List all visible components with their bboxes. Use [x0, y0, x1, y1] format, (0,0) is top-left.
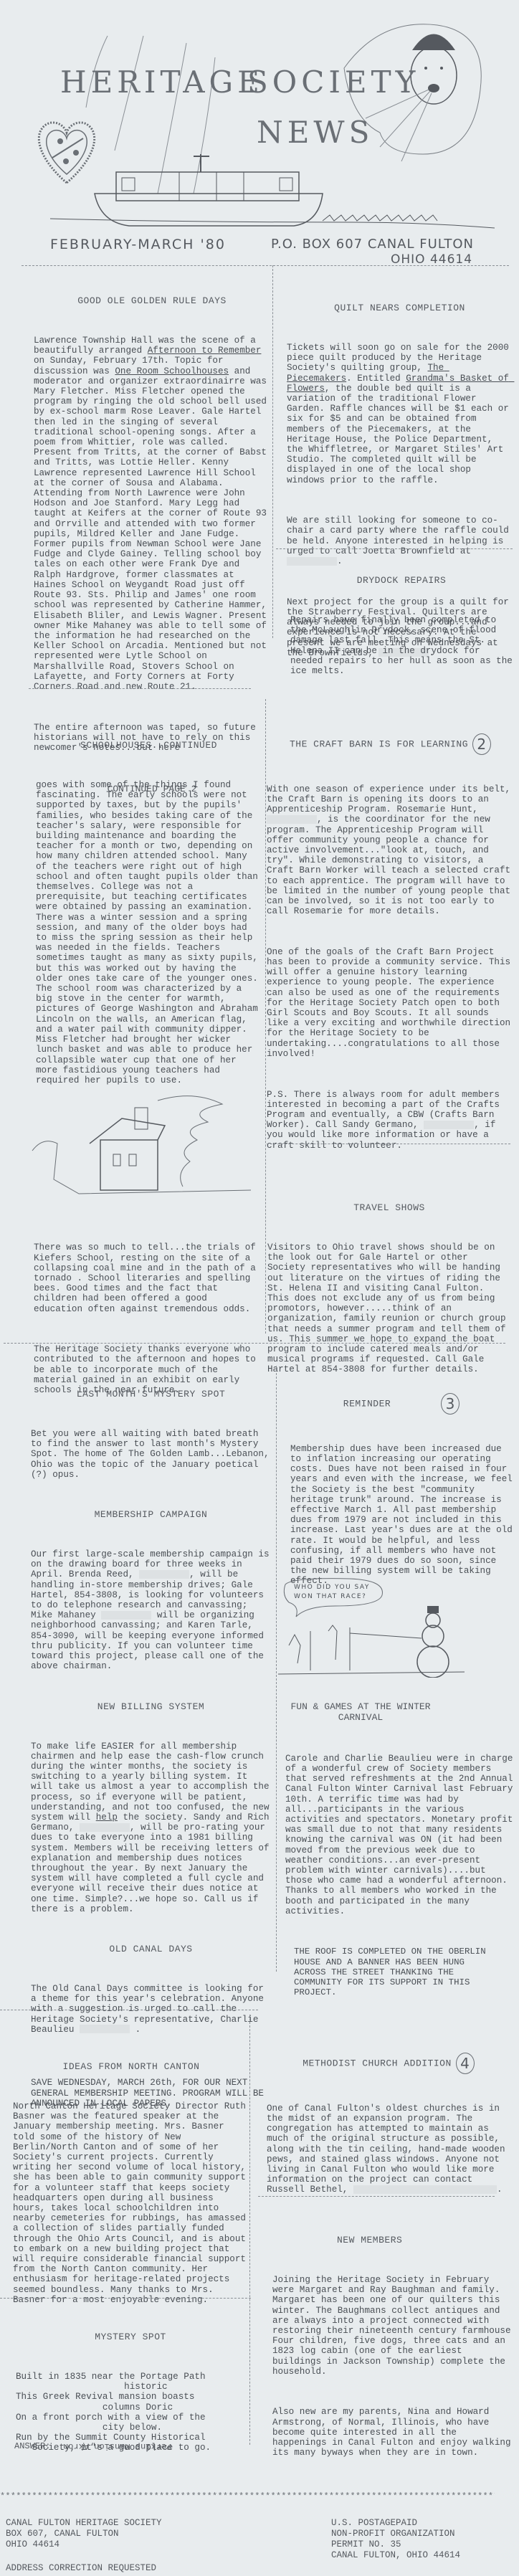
- redacted-phone: [80, 2025, 130, 2033]
- article-heading: THE CRAFT BARN IS FOR LEARNING2: [267, 733, 514, 755]
- column-divider: [249, 2015, 250, 2445]
- event-name: Afternoon to Remember: [148, 346, 262, 356]
- article-heading: NEW MEMBERS: [337, 2235, 513, 2245]
- article-text: One of Canal Fulton's oldest churches is…: [267, 2104, 510, 2195]
- topic-name: One Room Schoolhouses: [115, 366, 229, 376]
- masthead-title-society: SOCIETY: [247, 65, 419, 100]
- article-heading: QUILT NEARS COMPLETION: [287, 303, 513, 313]
- article-drydock: DRYDOCK REPAIRS Repairs have finally bee…: [290, 556, 513, 707]
- article-text: Visitors to Ohio travel shows should be …: [267, 1242, 511, 1375]
- column-divider: [272, 265, 273, 638]
- article-north-canton: IDEAS FROM NORTH CANTON North Canton Her…: [13, 2042, 249, 2335]
- article-heading: MEMBERSHIP CAMPAIGN: [31, 1510, 271, 1520]
- schoolhouse-tornado-drawing: [29, 1093, 258, 1222]
- article-text: , will be pro-rating your dues to take e…: [31, 1822, 275, 1914]
- page-number-marker: 4: [456, 2053, 475, 2074]
- redacted-phone: [101, 1611, 151, 1620]
- article-heading: METHODIST CHURCH ADDITION4: [267, 2053, 510, 2074]
- redacted-phone: [139, 1570, 189, 1579]
- article-text: Repairs have finally been completed to t…: [290, 615, 513, 676]
- page-number-marker: 3: [441, 1393, 460, 1415]
- article-text: Tickets will soon go on sale for the 200…: [287, 343, 514, 373]
- mailer-separator: ****************************************…: [0, 2491, 495, 2501]
- poem-line: columns Doric: [16, 2402, 245, 2413]
- redacted-phone: [80, 1823, 130, 1832]
- answer-label: ANSWER:: [14, 2441, 50, 2451]
- article-heading: NEW BILLING SYSTEM: [31, 1702, 271, 1712]
- article-heading: SCHOOLHOUSES..CONTINUED: [36, 741, 262, 751]
- canal-boat-drawing: [50, 151, 495, 229]
- article-travel-shows: TRAVEL SHOWS Visitors to Ohio travel sho…: [267, 1183, 511, 1405]
- poem-line: Built in 1835 near the Portage Path: [16, 2372, 245, 2382]
- article-text: . Entitled: [346, 374, 406, 384]
- article-heading: DRYDOCK REPAIRS: [290, 576, 513, 586]
- issue-date: FEBRUARY-MARCH '80: [50, 237, 226, 252]
- article-heading: MYSTERY SPOT: [16, 2332, 245, 2342]
- masthead-title-heritage: HERITAGE: [60, 65, 264, 100]
- column-divider: [276, 1366, 277, 1972]
- article-schoolhouses-continued: SCHOOLHOUSES..CONTINUED goes with some o…: [36, 721, 262, 1116]
- article-heading: GOOD OLE GOLDEN RULE DAYS: [34, 296, 270, 306]
- winter-carnival-drawing: WHO DID YOU SAY WON THAT RACE?: [278, 1577, 472, 1678]
- divider: [258, 2196, 495, 2197]
- poem-line: historic: [16, 2382, 245, 2392]
- speech-bubble-text: WHO DID YOU SAY WON THAT RACE?: [294, 1583, 380, 1602]
- masthead: HERITAGE SOCIETY NEWS FEBRUARY-MARCH '80…: [0, 0, 519, 269]
- article-heading: LAST MONTH'S MYSTERY SPOT: [31, 1389, 271, 1399]
- answer-text-upside-down: Perkins Mansion,Akron: [63, 2441, 171, 2451]
- heading-text: THE CRAFT BARN IS FOR LEARNING: [290, 739, 468, 750]
- postage-indicia: U.S. POSTAGEPAID NON-PROFIT ORGANIZATION…: [331, 2518, 460, 2561]
- article-text: There was so much to tell...the trials o…: [34, 1242, 259, 1313]
- article-text: Carole and Charlie Beaulieu were in char…: [285, 1754, 515, 1916]
- redacted-phone: [267, 815, 317, 824]
- divider: [276, 548, 513, 549]
- heading-text: METHODIST CHURCH ADDITION: [303, 2058, 452, 2069]
- redacted-address: [353, 2185, 497, 2194]
- illustration-caption: FUN & GAMES AT THE WINTER CARNIVAL: [285, 1701, 436, 1723]
- article-heading: IDEAS FROM NORTH CANTON: [13, 2062, 249, 2072]
- article-text: and moderator and organizer extraordinai…: [34, 366, 272, 692]
- article-text: North Canton Heritage Society Director R…: [13, 2101, 249, 2305]
- article-craft-barn: THE CRAFT BARN IS FOR LEARNING2 With one…: [267, 713, 514, 1181]
- masthead-address: P.O. BOX 607 CANAL FULTON: [271, 237, 474, 252]
- article-text: To make life EASIER for all membership c…: [31, 1741, 275, 1822]
- page-number-marker: 2: [472, 733, 491, 755]
- article-heading: TRAVEL SHOWS: [267, 1203, 511, 1213]
- poem-line: This Greek Revival mansion boasts: [16, 2392, 245, 2402]
- divider: [29, 688, 251, 689]
- article-winter-carnival: FUN & GAMES AT THE WINTER CARNIVAL Carol…: [285, 1681, 515, 2028]
- divider: [22, 265, 509, 266]
- article-new-members: NEW MEMBERS Joining the Heritage Society…: [272, 2215, 513, 2489]
- article-text: Bet you were all waiting with bated brea…: [31, 1429, 271, 1480]
- mystery-answer: ANSWER:Perkins Mansion,Akron: [14, 2441, 172, 2451]
- return-address: CANAL FULTON HERITAGE SOCIETY BOX 607, C…: [6, 2518, 162, 2550]
- poem-line: city below.: [16, 2423, 245, 2433]
- article-text: One of the goals of the Craft Barn Proje…: [267, 947, 514, 1059]
- article-heading: OLD CANAL DAYS: [31, 1944, 271, 1954]
- masthead-address-state: OHIO 44614: [391, 252, 472, 267]
- heading-text: REMINDER: [343, 1399, 391, 1410]
- masthead-title-news: NEWS: [257, 115, 373, 150]
- column-divider: [265, 699, 266, 1334]
- oberlin-notice: THE ROOF IS COMPLETED ON THE OBERLIN HOU…: [294, 1947, 487, 1997]
- article-heading: REMINDER3: [290, 1393, 513, 1415]
- divider: [0, 2010, 258, 2010]
- article-text: , the double bed quilt is a variation of…: [287, 384, 514, 485]
- redacted-phone: [424, 1121, 474, 1129]
- divider: [4, 1343, 505, 1344]
- article-last-mystery-spot: LAST MONTH'S MYSTERY SPOT Bet you were a…: [31, 1369, 271, 2139]
- article-text: With one season of experience under its …: [267, 784, 516, 814]
- article-text: Joining the Heritage Society in February…: [272, 2275, 513, 2377]
- address-correction: ADDRESS CORRECTION REQUESTED: [6, 2563, 156, 2574]
- article-text: We are still looking for someone to co-c…: [287, 515, 514, 556]
- article-text: Also new are my parents, Nina and Howard…: [272, 2407, 513, 2458]
- article-text: goes with some of the things I found fas…: [36, 780, 262, 1085]
- article-text: , is the coordinator for the new program…: [267, 814, 516, 916]
- article-text: Membership dues have been increased due …: [290, 1444, 513, 1587]
- divider: [267, 1144, 510, 1144]
- poem-line: On a front porch with a view of the: [16, 2413, 245, 2423]
- newsletter-page: HERITAGE SOCIETY NEWS FEBRUARY-MARCH '80…: [0, 0, 519, 2576]
- emphasis: help: [96, 1812, 118, 1822]
- divider: [0, 2298, 251, 2299]
